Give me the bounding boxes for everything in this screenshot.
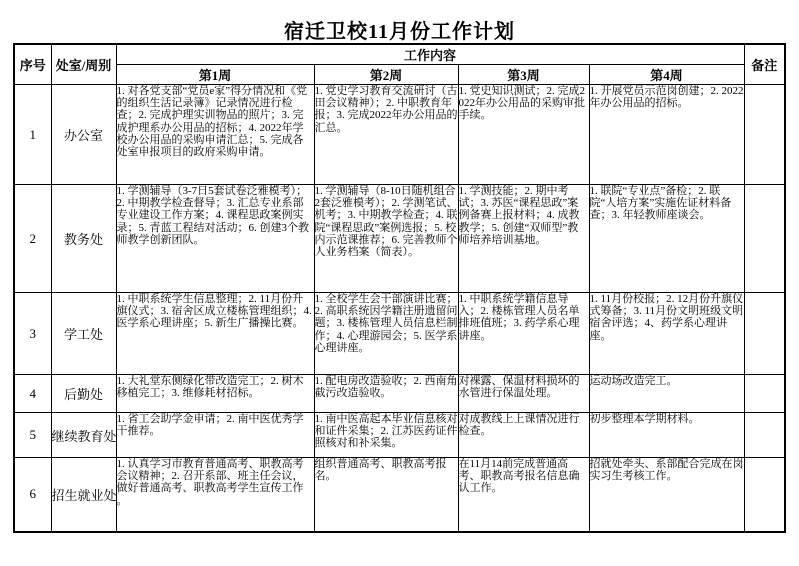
row-index: 1 <box>14 85 51 185</box>
header-work-content: 工作内容 <box>116 44 744 65</box>
week4-cell: 1. 11月份校报；2. 12月份升旗仪式筹备；3. 11月份文明班级文明宿舍评… <box>589 293 744 375</box>
header-index: 序号 <box>14 44 51 85</box>
week4-cell: 运动场改造完工。 <box>589 375 744 413</box>
header-dept-week: 处室/周别 <box>51 44 116 85</box>
week4-cell: 1. 联院“专业点”备检；2. 联院“人培方案”实施佐证材料备查；3. 年轻教师… <box>589 185 744 293</box>
table-row: 5 继续教育处 1. 省工会助学金申请；2. 南中医优秀学干推荐。 1. 南中医… <box>14 413 785 458</box>
week2-cell: 1. 南中医高起本毕业信息核对和证件采集；2. 江苏医药证件照核对和补采集。 <box>314 413 458 458</box>
row-index: 5 <box>14 413 51 458</box>
page-title: 宿迁卫校11月份工作计划 <box>0 15 799 44</box>
document-page: 宿迁卫校11月份工作计划 序号 处室/周别 工作内容 备注 第1周 第2周 第3… <box>0 0 799 566</box>
remark-cell <box>744 375 785 413</box>
row-index: 3 <box>14 293 51 375</box>
dept-name: 办公室 <box>51 85 116 185</box>
row-index: 2 <box>14 185 51 293</box>
header-row-weeks: 第1周 第2周 第3周 第4周 <box>14 65 785 85</box>
remark-cell <box>744 85 785 185</box>
dept-name: 教务处 <box>51 185 116 293</box>
dept-name: 招生就业处 <box>51 458 116 532</box>
week4-cell: 初步整理本学期材料。 <box>589 413 744 458</box>
week2-cell: 1. 党史学习教育交流研讨（古田会议精神）；2. 中职教育年报；3. 完成202… <box>314 85 458 185</box>
header-week-4: 第4周 <box>589 65 744 85</box>
dept-name: 后勤处 <box>51 375 116 413</box>
header-week-3: 第3周 <box>458 65 589 85</box>
remark-cell <box>744 413 785 458</box>
remark-cell <box>744 185 785 293</box>
table-row: 6 招生就业处 1. 认真学习市教育普通高考、职教高考会议精神；2. 召开系部、… <box>14 458 785 532</box>
week1-cell: 1. 认真学习市教育普通高考、职教高考会议精神；2. 召开系部、班主任会议，做好… <box>116 458 314 532</box>
week1-cell: 1. 中职系统学生信息整理；2. 11月份升旗仪式；3. 宿舍区成立楼栋管理组织… <box>116 293 314 375</box>
week2-cell: 1. 学测辅导（8-10日随机组合2套泛雅模考）；2. 学测笔试、机考；3. 中… <box>314 185 458 293</box>
week3-cell: 在11月14前完成普通高考、职教高考报名信息确认工作。 <box>458 458 589 532</box>
remark-cell <box>744 458 785 532</box>
week4-cell: 1. 开展党员示范岗创建；2. 2022年办公用品的招标。 <box>589 85 744 185</box>
week4-cell: 招就处牵头、系部配合完成在岗实习生考核工作。 <box>589 458 744 532</box>
week1-cell: 1. 学测辅导（3-7日5套试卷泛雅模考）；2. 中期教学检查督导；3. 汇总专… <box>116 185 314 293</box>
week3-cell: 1. 党史知识测试；2. 完成2022年办公用品的采购审批手续。 <box>458 85 589 185</box>
header-row-top: 序号 处室/周别 工作内容 备注 <box>14 44 785 65</box>
week3-cell: 对裸露、保温材料损坏的水管进行保温处理。 <box>458 375 589 413</box>
week1-cell: 1. 省工会助学金申请；2. 南中医优秀学干推荐。 <box>116 413 314 458</box>
table-row: 4 后勤处 1. 大礼堂东侧绿化带改造完工；2. 树木移植完工；3. 维修耗材招… <box>14 375 785 413</box>
week2-cell: 1. 全校学生会干部演讲比赛；2. 高职系统因学籍注册遗留问题；3. 楼栋管理人… <box>314 293 458 375</box>
table-row: 1 办公室 1. 对各党支部“党员e家”得分情况和《党的组织生活记录簿》记录情况… <box>14 85 785 185</box>
dept-name: 继续教育处 <box>51 413 116 458</box>
remark-cell <box>744 293 785 375</box>
header-week-2: 第2周 <box>314 65 458 85</box>
row-index: 6 <box>14 458 51 532</box>
week3-cell: 对成教线上上课情况进行检查。 <box>458 413 589 458</box>
week2-cell: 组织普通高考、职教高考报名。 <box>314 458 458 532</box>
week2-cell: 1. 配电房改造验收；2. 西南角截污改造验收。 <box>314 375 458 413</box>
dept-name: 学工处 <box>51 293 116 375</box>
work-plan-table: 序号 处室/周别 工作内容 备注 第1周 第2周 第3周 第4周 1 办公室 1… <box>13 43 786 533</box>
week1-cell: 1. 对各党支部“党员e家”得分情况和《党的组织生活记录簿》记录情况进行检查；2… <box>116 85 314 185</box>
header-week-1: 第1周 <box>116 65 314 85</box>
header-remarks: 备注 <box>744 44 785 85</box>
week1-cell: 1. 大礼堂东侧绿化带改造完工；2. 树木移植完工；3. 维修耗材招标。 <box>116 375 314 413</box>
table-row: 2 教务处 1. 学测辅导（3-7日5套试卷泛雅模考）；2. 中期教学检查督导；… <box>14 185 785 293</box>
week3-cell: 1. 学测技能；2. 期中考试；3. 苏医“课程思政”案例备赛上报材料；4. 成… <box>458 185 589 293</box>
row-index: 4 <box>14 375 51 413</box>
table-row: 3 学工处 1. 中职系统学生信息整理；2. 11月份升旗仪式；3. 宿舍区成立… <box>14 293 785 375</box>
week3-cell: 1. 中职系统学籍信息导入；2. 楼栋管理人员名单排班值班；3. 药学系心理讲座… <box>458 293 589 375</box>
